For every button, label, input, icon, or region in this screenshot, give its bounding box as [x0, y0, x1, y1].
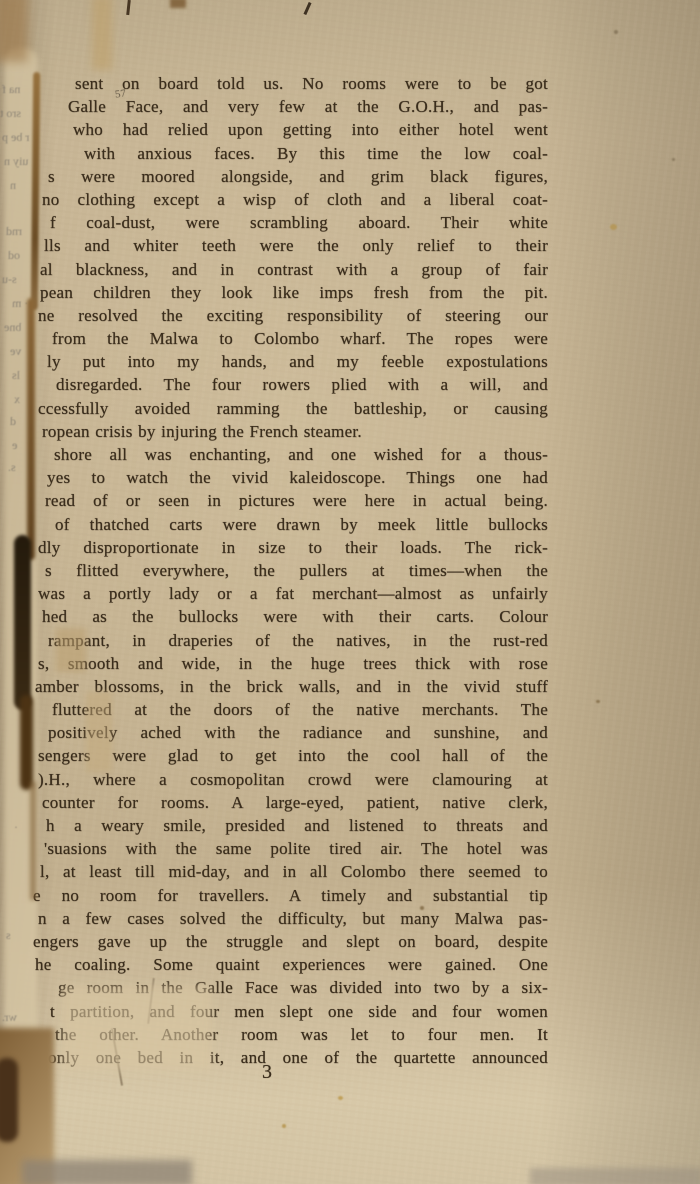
stain-speck — [170, 0, 186, 8]
text-line: ly put into my hands, and my feeble expo… — [47, 352, 548, 375]
text-line: read of or seen in pictures were here in… — [45, 491, 548, 514]
text-line: disregarded. The four rowers plied with … — [56, 375, 548, 398]
text-line: l, at least till mid-day, and in all Col… — [40, 862, 548, 885]
text-line: from the Malwa to Colombo wharf. The rop… — [52, 329, 548, 352]
text-line: h a weary smile, presided and listened t… — [46, 816, 548, 839]
text-line: rampant, in draperies of the natives, in… — [48, 631, 548, 654]
stain-speck — [596, 700, 600, 703]
text-line: t partition, and four men slept one side… — [50, 1002, 548, 1025]
stain-speck — [610, 224, 617, 230]
text-line: lls and whiter teeth were the only relie… — [44, 236, 548, 259]
text-line: with anxious faces. By this time the low… — [84, 144, 548, 167]
stain-speck — [614, 30, 618, 34]
text-line: s flitted everywhere, the pullers at tim… — [45, 561, 548, 584]
text-line: ropean crisis by injuring the French ste… — [42, 422, 548, 445]
text-line: al blackness, and in contrast with a gro… — [40, 260, 548, 283]
page-number: 3 — [252, 1061, 282, 1084]
stain-speck — [672, 158, 675, 161]
text-line: s were moored alongside, and grim black … — [48, 167, 548, 190]
stain-smudge — [22, 1160, 192, 1184]
stain-smudge — [530, 1168, 700, 1184]
text-line: shore all was enchanting, and one wished… — [54, 445, 548, 468]
text-line: s, smooth and wide, in the huge trees th… — [38, 654, 548, 677]
text-line: n a few cases solved the difficulty, but… — [38, 909, 548, 932]
text-line: pean children they look like imps fresh … — [40, 283, 548, 306]
text-line: ge room in the Galle Face was divided in… — [58, 978, 548, 1001]
text-line: who had relied upon getting into either … — [73, 120, 548, 143]
text-line: of thatched carts were drawn by meek lit… — [55, 515, 548, 538]
text-line: Galle Face, and very few at the G.O.H., … — [68, 97, 548, 120]
text-line: the other. Another room was let to four … — [55, 1025, 548, 1048]
pencil-annotation: 57 — [114, 87, 127, 100]
text-line: ccessfully avoided ramming the battleshi… — [38, 399, 548, 422]
text-line: engers gave up the struggle and slept on… — [33, 932, 548, 955]
text-line: dly disproportionate in size to their lo… — [38, 538, 548, 561]
text-line: counter for rooms. A large-eyed, patient… — [42, 793, 548, 816]
stain-top-streak — [92, 0, 112, 70]
text-line: amber blossoms, in the brick walls, and … — [35, 677, 548, 700]
stain-top-left — [0, 0, 28, 62]
page-text: sent on board told us. No rooms were to … — [0, 74, 548, 1071]
text-line: positively ached with the radiance and s… — [48, 723, 548, 746]
text-line: hed as the bullocks were with their cart… — [42, 607, 548, 630]
text-line: e no room for travellers. A timely and s… — [33, 886, 548, 909]
text-line: only one bed in it, and one of the quart… — [48, 1048, 548, 1071]
text-line: was a portly lady or a fat merchant—almo… — [38, 584, 548, 607]
text-line: no clothing except a wisp of cloth and a… — [42, 190, 548, 213]
text-line: ne resolved the exciting responsibility … — [38, 306, 548, 329]
stray-ink-mark — [303, 2, 311, 15]
text-line: sent on board told us. No rooms were to … — [75, 74, 548, 97]
stain-speck — [282, 1124, 286, 1128]
text-line: yes to watch the vivid kaleidoscope. Thi… — [47, 468, 548, 491]
text-line: fluttered at the doors of the native mer… — [52, 700, 548, 723]
text-line: sengers were glad to get into the cool h… — [38, 746, 548, 769]
scanned-book-page: { "page": { "number": "3", "pencil_annot… — [0, 0, 700, 1184]
text-line: he coaling. Some quaint experiences were… — [35, 955, 548, 978]
stray-ink-mark — [126, 0, 131, 15]
text-line: ).H., where a cosmopolitan crowd were cl… — [38, 770, 548, 793]
text-line: f coal-dust, were scrambling aboard. The… — [50, 213, 548, 236]
text-line: 'suasions with the same polite tired air… — [44, 839, 548, 862]
stain-speck — [338, 1096, 343, 1100]
